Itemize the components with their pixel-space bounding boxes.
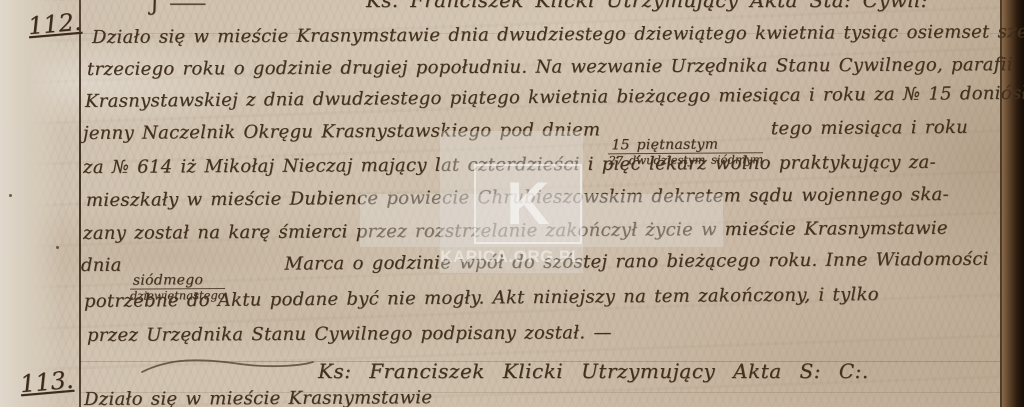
record-line: trzeciego roku o godzinie drugiej popołu… <box>87 54 1013 80</box>
record-line: Działo się w mieście Krasnymstawie <box>84 387 432 407</box>
line-text: dnia <box>81 255 122 276</box>
ink-speck <box>56 246 59 249</box>
record-line: Działo się w mieście Krasnymstawie dnia … <box>92 21 1024 48</box>
previous-act-fragment: ʃ ⸺ <box>152 0 205 17</box>
watermark-logo-box: K <box>474 164 582 244</box>
ink-speck <box>9 194 12 197</box>
record-line: przez Urzędnika Stanu Cywilnego podpisan… <box>87 322 612 346</box>
record-number-112: 112. <box>27 8 83 41</box>
signature-flourish <box>140 356 315 376</box>
registrar-header: Ks. Franciszek Klicki Utrzymujący Akta S… <box>366 0 928 12</box>
record-line: Krasnystawskiej z dnia dwudziestego piąt… <box>85 82 1024 112</box>
watermark-site-text: KAPICA.ORG.PL <box>436 247 586 267</box>
margin-rule <box>79 0 81 407</box>
record-number-113: 113. <box>19 366 75 399</box>
registrar-signature: Ks: Franciszek Klicki Utrzymujący Akta S… <box>318 359 869 383</box>
line-text: tego miesiąca i roku <box>771 117 968 139</box>
registry-book-scan: ʃ ⸺ Ks. Franciszek Klicki Utrzymujący Ak… <box>0 0 1024 407</box>
watermark-k-logo: K <box>506 174 549 234</box>
line-text: Marca o godzinie wpół do szóstej rano bi… <box>284 249 988 275</box>
